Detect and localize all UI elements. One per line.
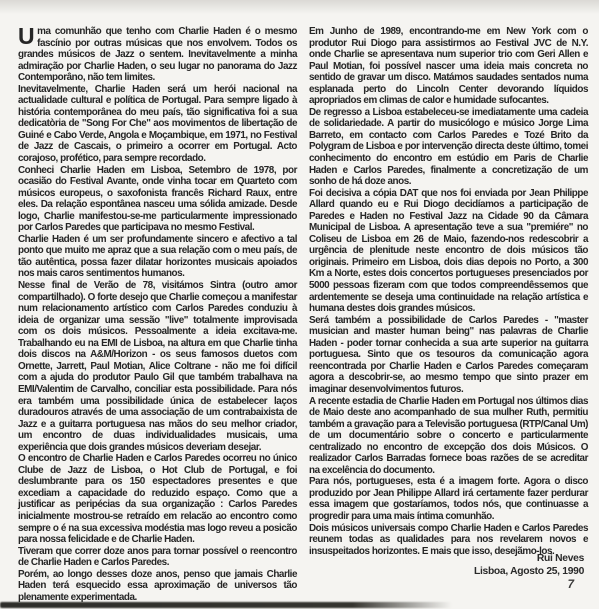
paragraph: O encontro de Charlie Haden e Carlos Par… [18,453,297,545]
paragraph: Será também a possibilidade de Carlos Pa… [309,315,588,396]
booklet-page: Uma comunhão que tenho com Charlie Haden… [0,0,599,609]
page-number: 7 [568,579,574,591]
paragraph: Conheci Charlie Haden em Lisboa, Setembr… [18,165,297,234]
paragraph: Em Junho de 1989, encontrando-me em New … [309,26,588,107]
signature-place-date: Lisboa, Agosto 25, 1990 [474,566,584,579]
paragraph: De regresso a Lisboa estabeleceu-se imed… [309,107,588,188]
paragraph: Foi decisiva a cópia DAT que nos foi env… [309,188,588,315]
scan-edge-bottom [0,602,452,608]
drop-cap: U [18,26,37,46]
signature-name: Rui Neves [474,553,584,566]
paragraph: Charlie Haden é um ser profundamente sin… [18,234,297,280]
paragraph: Dois músicos universais compo Charlie Ha… [309,523,588,558]
paragraph: Uma comunhão que tenho com Charlie Haden… [18,26,297,84]
signature-block: Rui Neves Lisboa, Agosto 25, 1990 [474,553,584,578]
text-columns: Uma comunhão que tenho com Charlie Haden… [18,26,588,603]
paragraph: Para nós, portugueses, esta é a imagem f… [309,476,588,522]
paragraph: Porém, ao longo desses doze anos, penso … [18,569,297,604]
paragraph: Inevitavelmente, Charlie Haden será um h… [18,84,297,165]
right-column: Em Junho de 1989, encontrando-me em New … [309,26,588,603]
paragraph-text: ma comunhão que tenho com Charlie Haden … [18,26,297,83]
paragraph: Tiveram que correr doze anos para tornar… [18,546,297,569]
scan-edge-top [0,0,599,14]
paragraph: A recente estadia de Charlie Haden em Po… [309,396,588,477]
paragraph: Nesse final de Verão de 78, visitámos Si… [18,280,297,453]
left-column: Uma comunhão que tenho com Charlie Haden… [18,26,297,603]
